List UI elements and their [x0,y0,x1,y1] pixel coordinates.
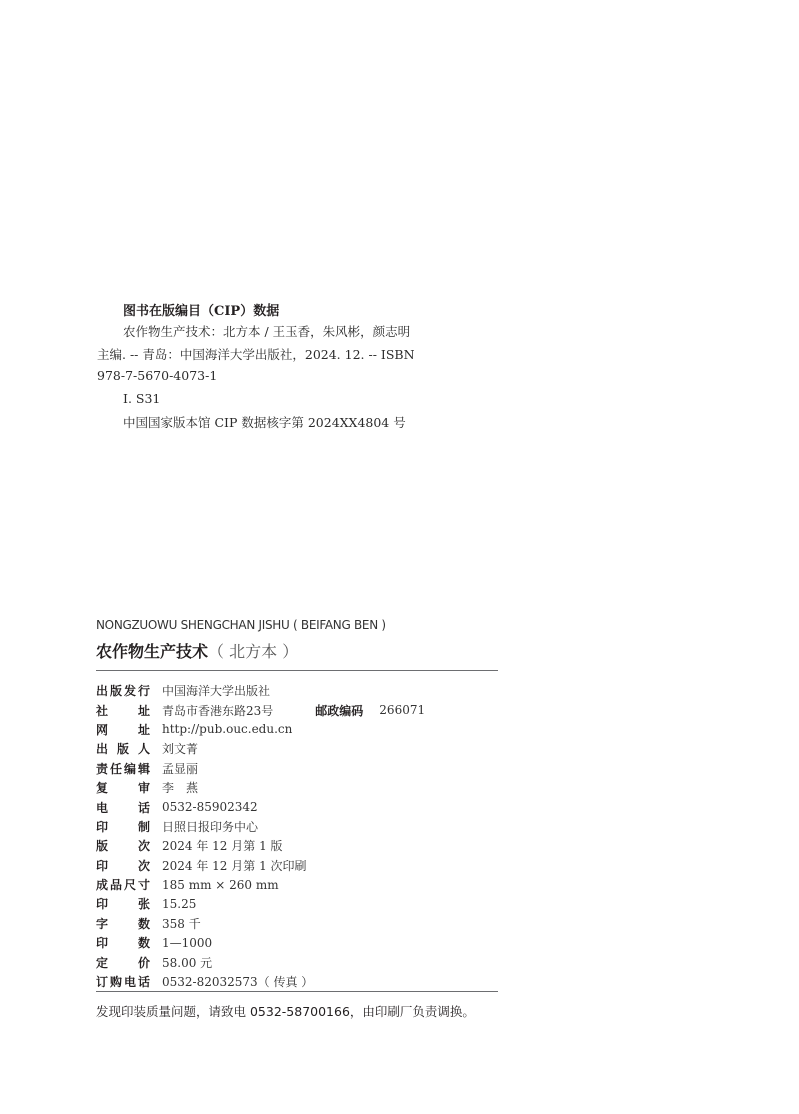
info-value: 孟显丽 [162,760,198,777]
postal-code-value: 266071 [379,703,425,717]
info-value: 刘文菁 [162,740,198,757]
info-row: 出版发行中国海洋大学出版社 [96,681,425,700]
info-label: 出版人 [96,740,150,757]
cip-title: 图书在版编目（CIP）数据 [123,300,279,319]
info-label-char: 印 [96,818,108,835]
info-label: 责任编辑 [96,760,150,777]
postal-code-label: 邮政编码 [315,702,363,719]
info-label: 网址 [96,721,150,738]
info-label: 复审 [96,779,150,796]
info-value: 15.25 [162,897,196,911]
info-label: 版次 [96,837,150,854]
info-label-char: 数 [138,915,150,932]
info-row: 社址青岛市香港东路23号邮政编码266071 [96,700,425,719]
info-label-char: 址 [138,702,150,719]
info-label-char: 品 [110,876,122,893]
info-label: 订购电话 [96,973,150,990]
info-row: 网址http://pub.ouc.edu.cn [96,720,425,739]
info-label: 电话 [96,799,150,816]
info-row: 出版人刘文菁 [96,739,425,758]
info-label-char: 话 [138,799,150,816]
info-value: 中国海洋大学出版社 [162,682,270,699]
info-label-char: 尺 [124,876,136,893]
info-label-char: 印 [96,895,108,912]
info-label: 印次 [96,857,150,874]
info-row: 印张15.25 [96,894,425,913]
info-label-char: 电 [96,799,108,816]
info-label-char: 数 [138,934,150,951]
info-label-char: 人 [138,740,150,757]
info-label-char: 定 [96,954,108,971]
info-label-char: 字 [96,915,108,932]
info-label-char: 责 [96,760,108,777]
info-label-char: 任 [110,760,122,777]
cip-record-number: 中国国家版本馆 CIP 数据核字第 2024XX4804 号 [123,413,406,431]
info-value: 李 燕 [162,779,198,796]
info-label: 印数 [96,934,150,951]
info-label-char: 话 [138,973,150,990]
info-value: 1—1000 [162,936,212,950]
info-label-char: 网 [96,721,108,738]
info-row: 字数358 千 [96,914,425,933]
book-title-sub: （ 北方本 ） [208,642,298,661]
info-label-char: 订 [96,973,108,990]
info-label-char: 行 [138,682,150,699]
cip-line-2: 主编. -- 青岛：中国海洋大学出版社，2024. 12. -- ISBN [97,345,415,363]
info-label-char: 版 [117,740,129,757]
info-row: 印制日照日报印务中心 [96,817,425,836]
divider-top [96,670,498,671]
info-label-char: 发 [124,682,136,699]
info-label-char: 制 [138,818,150,835]
info-value: 日照日报印务中心 [162,818,258,835]
info-row: 成品尺寸185 mm × 260 mm [96,875,425,894]
info-row: 定价58.00 元 [96,952,425,971]
info-value: 58.00 元 [162,954,212,971]
info-value: 2024 年 12 月第 1 版 [162,837,283,854]
info-value: 0532-85902342 [162,800,258,814]
info-value: http://pub.ouc.edu.cn [162,722,292,736]
info-label: 社址 [96,702,150,719]
info-row: 订购电话0532-82032573（ 传真 ） [96,972,425,991]
info-row: 印次2024 年 12 月第 1 次印刷 [96,856,425,875]
info-label: 字数 [96,915,150,932]
info-label-char: 寸 [138,876,150,893]
divider-bottom [96,991,498,992]
info-value: 0532-82032573（ 传真 ） [162,973,313,990]
quality-notice: 发现印装质量问题，请致电 0532-58700166，由印刷厂负责调换。 [96,1002,475,1020]
info-label-char: 版 [96,837,108,854]
info-label-char: 出 [96,682,108,699]
info-label: 印张 [96,895,150,912]
info-row: 责任编辑孟显丽 [96,759,425,778]
info-label-char: 电 [124,973,136,990]
cip-isbn: 978-7-5670-4073-1 [97,368,217,383]
cip-line-1: 农作物生产技术：北方本 / 王玉香，朱风彬，颜志明 [123,322,410,340]
info-value: 2024 年 12 月第 1 次印刷 [162,857,307,874]
info-label-char: 价 [138,954,150,971]
info-value: 185 mm × 260 mm [162,878,279,892]
info-label-char: 编 [124,760,136,777]
info-label-char: 址 [138,721,150,738]
info-label-char: 张 [138,895,150,912]
info-row: 印数1—1000 [96,933,425,952]
info-label-char: 次 [138,837,150,854]
info-label-char: 社 [96,702,108,719]
cip-classification: Ⅰ. S31 [123,391,160,406]
info-label: 印制 [96,818,150,835]
info-label-char: 印 [96,857,108,874]
info-label-char: 购 [110,973,122,990]
book-title-main: 农作物生产技术 [96,642,208,661]
pinyin-title: NONGZUOWU SHENGCHAN JISHU ( BEIFANG BEN … [96,618,386,632]
info-label-char: 次 [138,857,150,874]
info-label: 成品尺寸 [96,876,150,893]
info-value: 青岛市香港东路23号 [162,702,273,719]
info-label-char: 复 [96,779,108,796]
info-label-char: 版 [110,682,122,699]
info-label-char: 辑 [138,760,150,777]
info-label-char: 出 [96,740,108,757]
info-row: 复审李 燕 [96,778,425,797]
info-row: 电话0532-85902342 [96,797,425,816]
info-label-char: 印 [96,934,108,951]
info-label-char: 成 [96,876,108,893]
info-row: 版次2024 年 12 月第 1 版 [96,836,425,855]
info-label-char: 审 [138,779,150,796]
info-label: 定价 [96,954,150,971]
publication-info-table: 出版发行中国海洋大学出版社社址青岛市香港东路23号邮政编码266071网址htt… [96,681,425,991]
info-label: 出版发行 [96,682,150,699]
book-title: 农作物生产技术（ 北方本 ） [96,639,298,662]
info-value: 358 千 [162,915,201,932]
